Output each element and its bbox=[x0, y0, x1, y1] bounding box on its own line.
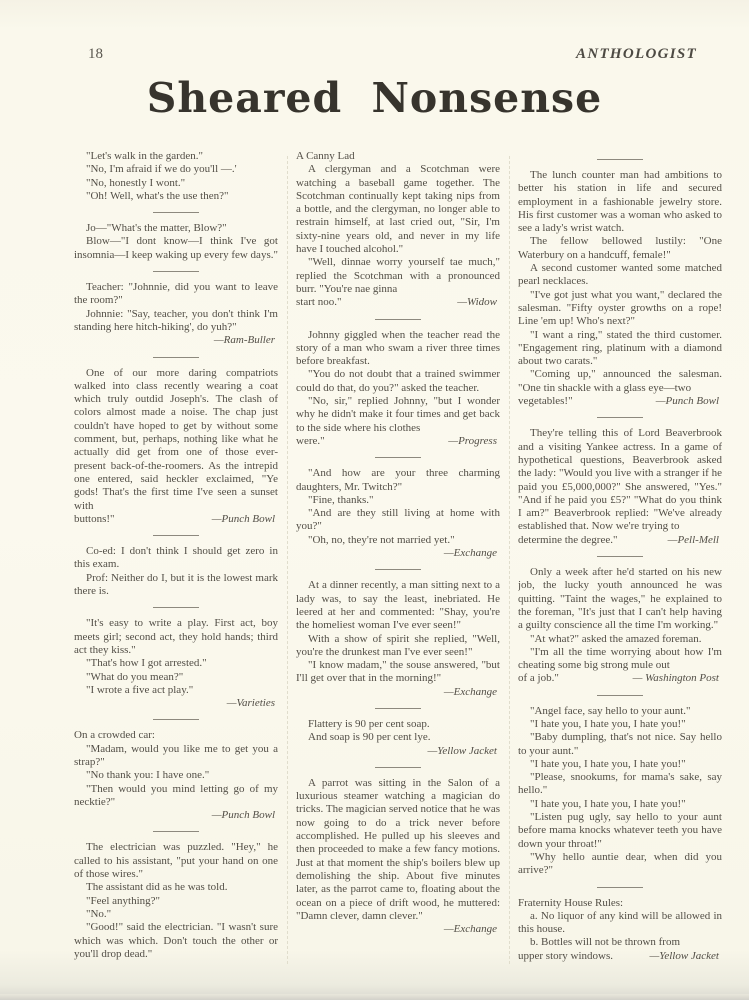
magazine-name: ANTHOLOGIST bbox=[576, 46, 697, 63]
paragraph: Blow—"I dont know—I think I've got insom… bbox=[74, 235, 278, 262]
paragraph: A clergyman and a Scotchman were watchin… bbox=[296, 163, 500, 256]
attribution: —Yellow Jacket bbox=[296, 745, 500, 758]
paragraph: "That's how I got arrested." bbox=[74, 657, 278, 670]
paragraph: "I wrote a five act play." bbox=[74, 684, 278, 697]
paragraph: "Well, dinnae worry yourself tae much," … bbox=[296, 256, 500, 296]
paragraph-with-attribution: vegetables!"—Punch Bowl bbox=[518, 395, 722, 408]
paragraph: "Why hello auntie dear, when did you arr… bbox=[518, 851, 722, 878]
paragraph: Co-ed: I don't think I should get zero i… bbox=[74, 545, 278, 572]
paragraph: And soap is 90 per cent lye. bbox=[296, 731, 500, 744]
item-divider bbox=[153, 212, 199, 213]
paragraph: "No, sir," replied Johnny, "but I wonder… bbox=[296, 395, 500, 435]
paragraph: Jo—"What's the matter, Blow?" bbox=[74, 222, 278, 235]
paragraph-fragment: start noo." bbox=[296, 296, 341, 309]
paragraph: One of our more daring compatriots walke… bbox=[74, 367, 278, 513]
paragraph: Johnnie: "Say, teacher, you don't think … bbox=[74, 308, 278, 335]
item-divider bbox=[153, 719, 199, 720]
paragraph: "And are they still living at home with … bbox=[296, 507, 500, 534]
item-heading: On a crowded car: bbox=[74, 729, 278, 742]
item-heading: A Canny Lad bbox=[296, 150, 500, 163]
paragraph: "Good!" said the electrician. "I wasn't … bbox=[74, 921, 278, 961]
attribution: —Yellow Jacket bbox=[649, 950, 722, 963]
attribution: —Punch Bowl bbox=[212, 513, 278, 526]
attribution: —Widow bbox=[457, 296, 500, 309]
paragraph: Prof: Neither do I, but it is the lowest… bbox=[74, 572, 278, 599]
paragraph: "No, I'm afraid if we do you'll —.' bbox=[74, 163, 278, 176]
paragraph: "Listen pug ugly, say hello to your aunt… bbox=[518, 811, 722, 851]
paragraph-with-attribution: buttons!"—Punch Bowl bbox=[74, 513, 278, 526]
attribution: —Varieties bbox=[74, 697, 278, 710]
item-divider bbox=[597, 159, 643, 160]
paragraph: A second customer wanted some matched pe… bbox=[518, 262, 722, 289]
paragraph: a. No liquor of any kind will be allowed… bbox=[518, 910, 722, 937]
item-divider bbox=[153, 831, 199, 832]
item-divider bbox=[597, 695, 643, 696]
paragraph-fragment: buttons!" bbox=[74, 513, 115, 526]
paragraph: "Madam, would you like me to get you a s… bbox=[74, 743, 278, 770]
paragraph: "You do not doubt that a trained swimmer… bbox=[296, 368, 500, 395]
paragraph: b. Bottles will not be thrown from bbox=[518, 936, 722, 949]
paragraph: A parrot was sitting in the Salon of a l… bbox=[296, 777, 500, 923]
paragraph: The electrician was puzzled. "Hey," he c… bbox=[74, 841, 278, 881]
paragraph: Only a week after he'd started on his ne… bbox=[518, 566, 722, 632]
paragraph: "Angel face, say hello to your aunt." bbox=[518, 705, 722, 718]
item-divider bbox=[375, 767, 421, 768]
paragraph: "I want a ring," stated the third custom… bbox=[518, 329, 722, 369]
paragraph: Teacher: "Johnnie, did you want to leave… bbox=[74, 281, 278, 308]
paragraph: With a show of spirit she replied, "Well… bbox=[296, 633, 500, 660]
paragraph-fragment: upper story windows. bbox=[518, 950, 613, 963]
paragraph-with-attribution: of a job."— Washington Post bbox=[518, 672, 722, 685]
paragraph-fragment: determine the degree." bbox=[518, 534, 617, 547]
item-divider bbox=[375, 569, 421, 570]
paragraph: Flattery is 90 per cent soap. bbox=[296, 718, 500, 731]
paragraph: "Coming up," announced the salesman. "On… bbox=[518, 368, 722, 395]
paragraph: They're telling this of Lord Beaverbrook… bbox=[518, 427, 722, 533]
attribution: —Exchange bbox=[296, 547, 500, 560]
paragraph-fragment: of a job." bbox=[518, 672, 559, 685]
paragraph: "It's easy to write a play. First act, b… bbox=[74, 617, 278, 657]
item-divider bbox=[153, 357, 199, 358]
paragraph: Johnny giggled when the teacher read the… bbox=[296, 329, 500, 369]
page-header: 18 ANTHOLOGIST bbox=[88, 46, 697, 63]
paragraph: "No." bbox=[74, 908, 278, 921]
attribution: —Progress bbox=[448, 435, 500, 448]
paragraph: "Fine, thanks." bbox=[296, 494, 500, 507]
scan-edge bbox=[0, 994, 749, 1000]
paragraph: "I've got just what you want," declared … bbox=[518, 289, 722, 329]
paragraph: "Then would you mind letting go of my ne… bbox=[74, 783, 278, 810]
magazine-page: 18 ANTHOLOGIST Sheared Nonsense "Let's w… bbox=[0, 0, 749, 1000]
page-title: Sheared Nonsense bbox=[0, 74, 749, 122]
attribution: —Exchange bbox=[296, 923, 500, 936]
paragraph: "I hate you, I hate you, I hate you!" bbox=[518, 758, 722, 771]
paragraph: "Feel anything?" bbox=[74, 895, 278, 908]
paragraph: "And how are your three charming daughte… bbox=[296, 467, 500, 494]
paragraph-with-attribution: start noo."—Widow bbox=[296, 296, 500, 309]
paragraph: "Oh, no, they're not married yet." bbox=[296, 534, 500, 547]
paragraph: "Oh! Well, what's the use then?" bbox=[74, 190, 278, 203]
item-divider bbox=[153, 535, 199, 536]
paragraph: "Let's walk in the garden." bbox=[74, 150, 278, 163]
attribution: —Exchange bbox=[296, 686, 500, 699]
paragraph: At a dinner recently, a man sitting next… bbox=[296, 579, 500, 632]
item-divider bbox=[597, 556, 643, 557]
text-column-3: The lunch counter man had ambitions to b… bbox=[518, 150, 722, 982]
paragraph: "Baby dumpling, that's not nice. Say hel… bbox=[518, 731, 722, 758]
paragraph: "I'm all the time worrying about how I'm… bbox=[518, 646, 722, 673]
paragraph-with-attribution: upper story windows.—Yellow Jacket bbox=[518, 950, 722, 963]
item-divider bbox=[375, 319, 421, 320]
text-column-1: "Let's walk in the garden.""No, I'm afra… bbox=[74, 150, 278, 982]
item-divider bbox=[597, 887, 643, 888]
paragraph: "I hate you, I hate you, I hate you!" bbox=[518, 798, 722, 811]
paragraph: The assistant did as he was told. bbox=[74, 881, 278, 894]
attribution: —Ram-Buller bbox=[74, 334, 278, 347]
attribution: —Pell-Mell bbox=[668, 534, 722, 547]
text-columns: "Let's walk in the garden.""No, I'm afra… bbox=[74, 150, 722, 982]
item-heading: Fraternity House Rules: bbox=[518, 897, 722, 910]
paragraph-with-attribution: determine the degree."—Pell-Mell bbox=[518, 534, 722, 547]
paragraph: "Please, snookums, for mama's sake, say … bbox=[518, 771, 722, 798]
paragraph: "No thank you: I have one." bbox=[74, 769, 278, 782]
paragraph: "No, honestly I wont." bbox=[74, 177, 278, 190]
attribution: — Washington Post bbox=[633, 672, 722, 685]
paragraph-fragment: were." bbox=[296, 435, 325, 448]
paragraph-with-attribution: were."—Progress bbox=[296, 435, 500, 448]
paragraph: "What do you mean?" bbox=[74, 671, 278, 684]
paragraph: "I know madam," the souse answered, "but… bbox=[296, 659, 500, 686]
paragraph: "At what?" asked the amazed foreman. bbox=[518, 633, 722, 646]
paragraph: "I hate you, I hate you, I hate you!" bbox=[518, 718, 722, 731]
attribution: —Punch Bowl bbox=[656, 395, 722, 408]
paragraph: The fellow bellowed lustily: "One Waterb… bbox=[518, 235, 722, 262]
paragraph: The lunch counter man had ambitions to b… bbox=[518, 169, 722, 235]
item-divider bbox=[597, 417, 643, 418]
attribution: —Punch Bowl bbox=[74, 809, 278, 822]
text-column-2: A Canny LadA clergyman and a Scotchman w… bbox=[296, 150, 500, 982]
page-number: 18 bbox=[88, 46, 103, 63]
item-divider bbox=[153, 607, 199, 608]
item-divider bbox=[375, 708, 421, 709]
item-divider bbox=[375, 457, 421, 458]
paragraph-fragment: vegetables!" bbox=[518, 395, 573, 408]
item-divider bbox=[153, 271, 199, 272]
